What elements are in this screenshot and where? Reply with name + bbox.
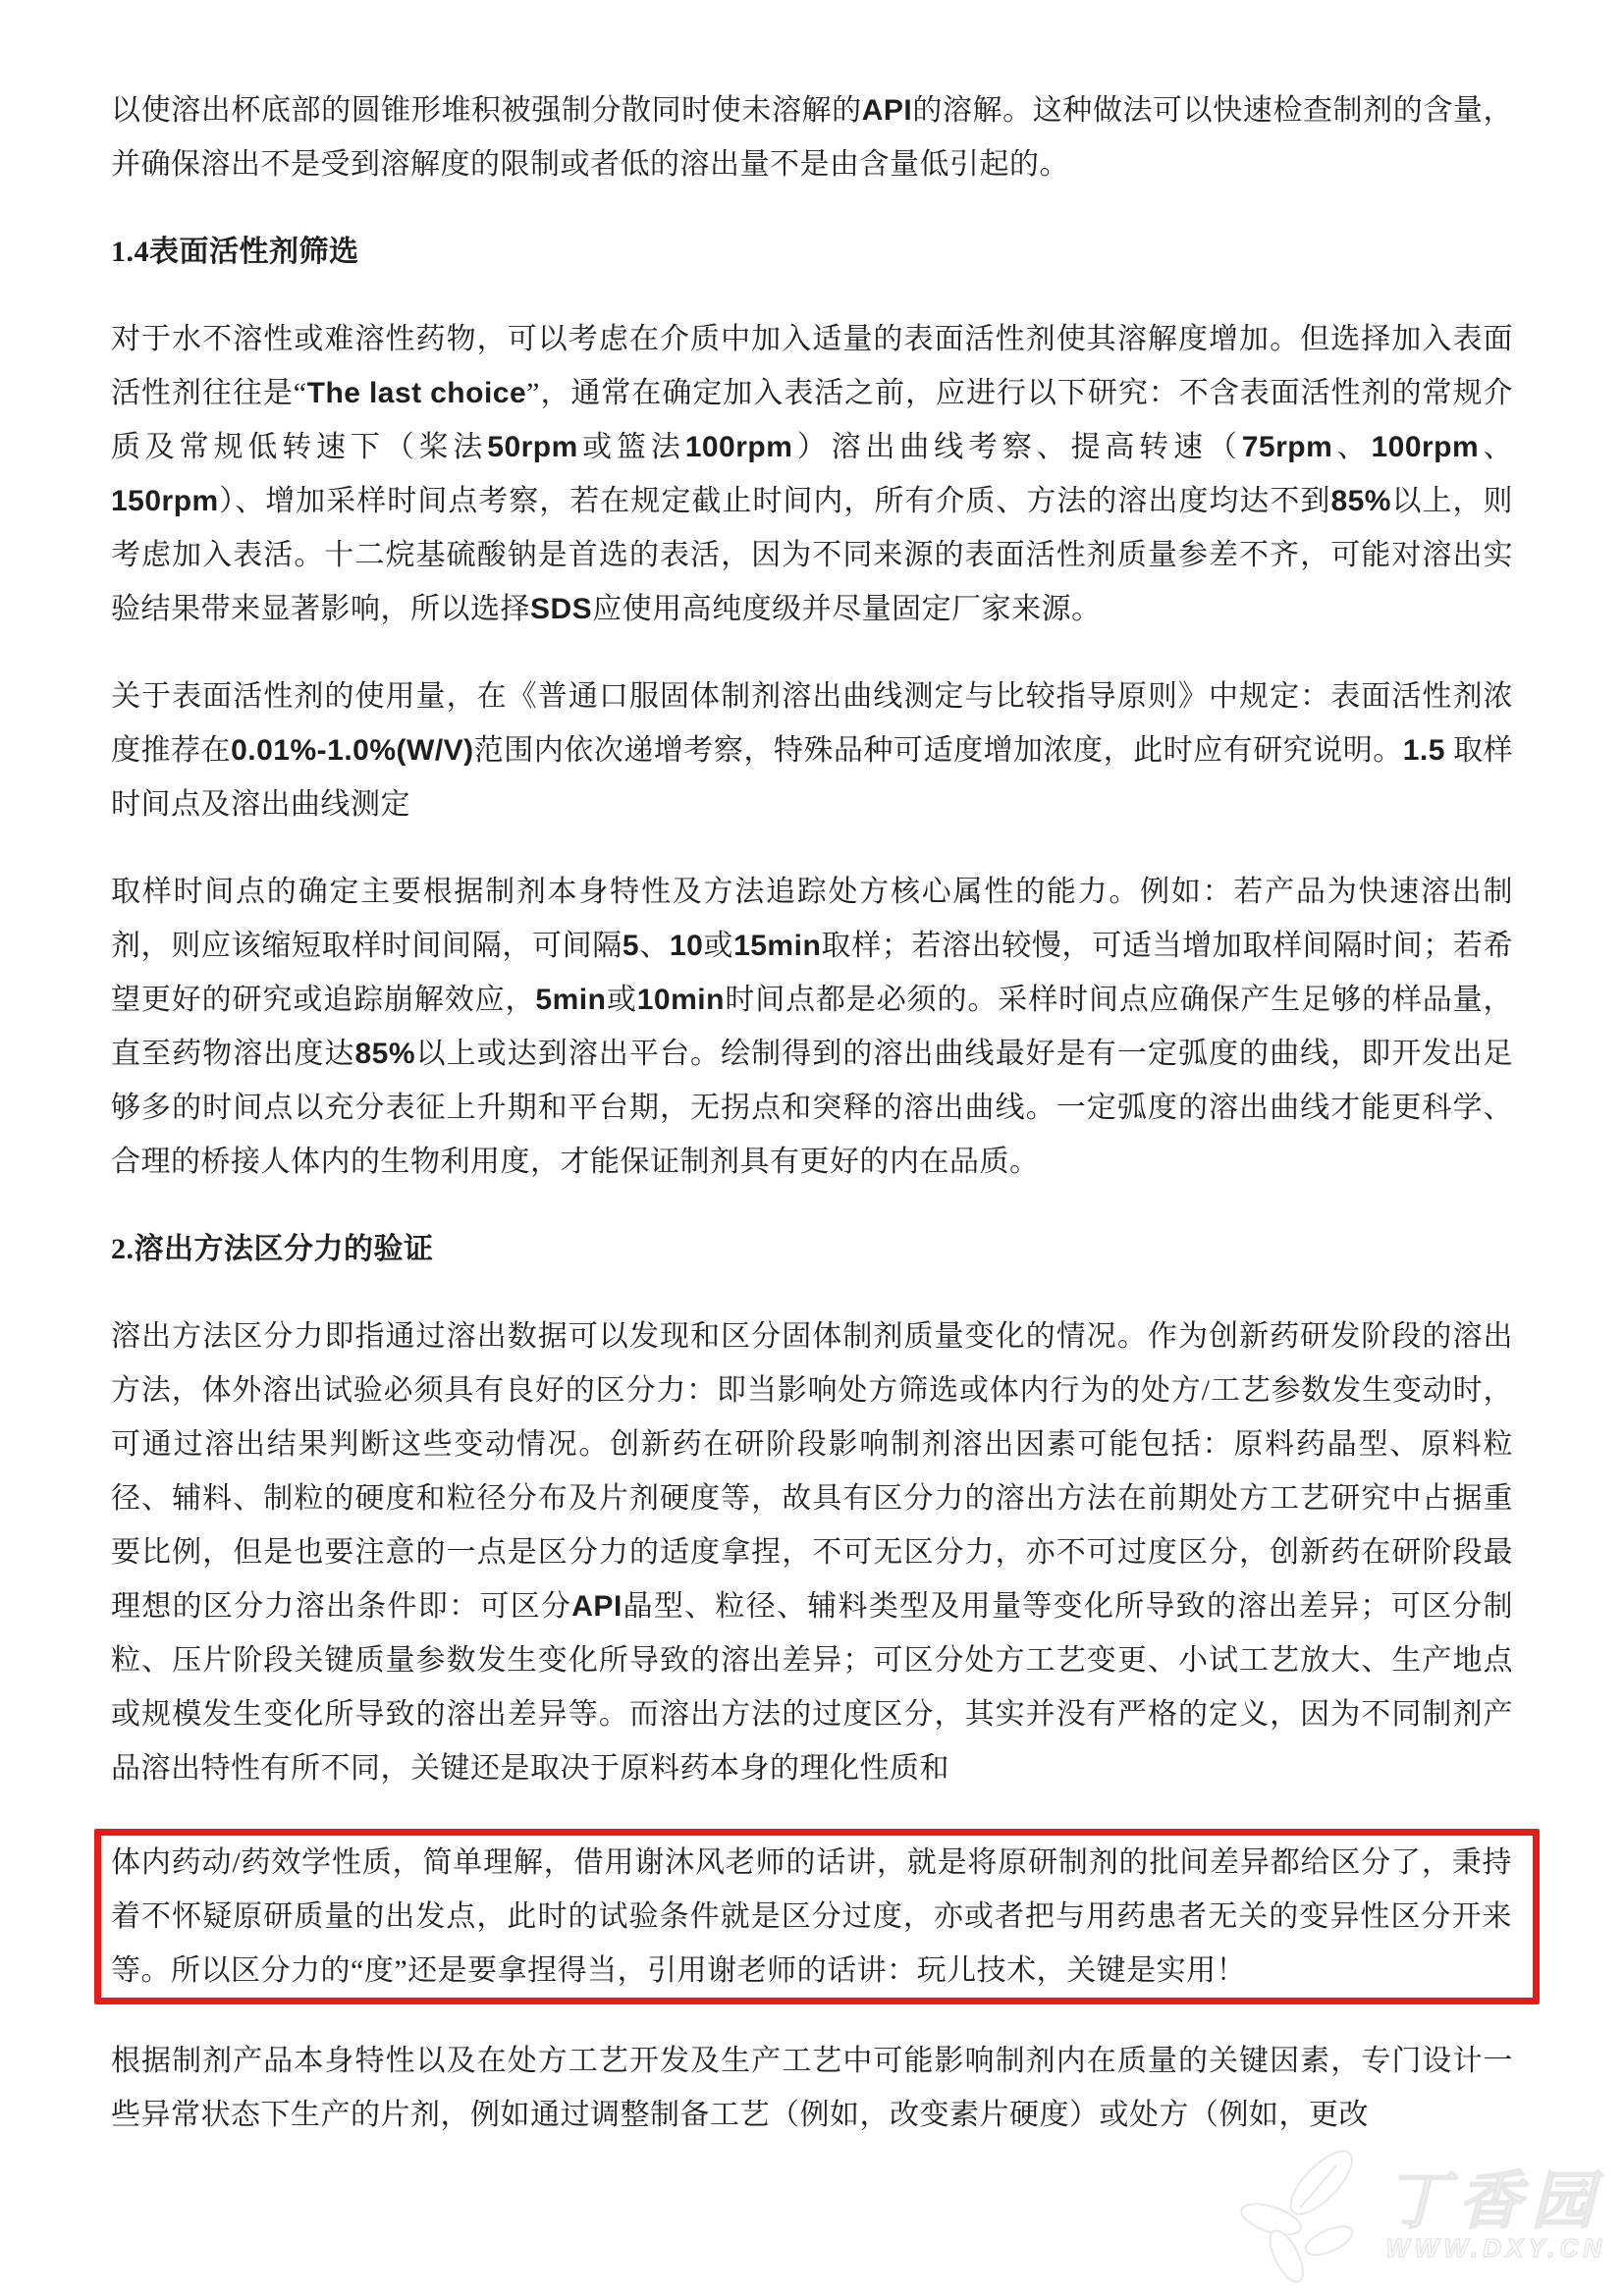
heading-2-discriminatory-power: 2.溶出方法区分力的验证 — [111, 1222, 1513, 1276]
paragraph-discriminatory-power: 溶出方法区分力即指通过溶出数据可以发现和区分固体制剂质量变化的情况。作为创新药研… — [111, 1309, 1513, 1795]
paragraph-intro: 以使溶出杯底部的圆锥形堆积被强制分散同时使未溶解的API的溶解。这种做法可以快速… — [111, 83, 1513, 191]
paragraph-highlighted: 体内药动/药效学性质，简单理解，借用谢沐风老师的话讲，就是将原研制剂的批间差异都… — [111, 1836, 1512, 1998]
highlight-box: 体内药动/药效学性质，简单理解，借用谢沐风老师的话讲，就是将原研制剂的批间差异都… — [94, 1829, 1540, 2004]
document-content: 以使溶出杯底部的圆锥形堆积被强制分散同时使未溶解的API的溶解。这种做法可以快速… — [111, 83, 1513, 2175]
watermark: 丁香园 WWW.DXY.CN — [1236, 2147, 1606, 2284]
paragraph-surfactant-amount: 关于表面活性剂的使用量，在《普通口服固体制剂溶出曲线测定与比较指导原则》中规定：… — [111, 669, 1513, 831]
heading-1-4-surfactant-screening: 1.4表面活性剂筛选 — [111, 225, 1513, 279]
paragraph-abnormal-tablets: 根据制剂产品本身特性以及在处方工艺开发及生产工艺中可能影响制剂内在质量的关键因素… — [111, 2034, 1513, 2142]
dxy-flower-icon — [1236, 2147, 1372, 2284]
document-page: 以使溶出杯底部的圆锥形堆积被强制分散同时使未溶解的API的溶解。这种做法可以快速… — [0, 0, 1624, 2296]
paragraph-surfactant-screening: 对于水不溶性或难溶性药物，可以考虑在介质中加入适量的表面活性剂使其溶解度增加。但… — [111, 312, 1513, 636]
watermark-url: WWW.DXY.CN — [1385, 2233, 1606, 2263]
watermark-brand: 丁香园 — [1385, 2168, 1606, 2233]
watermark-text: 丁香园 WWW.DXY.CN — [1385, 2168, 1606, 2263]
paragraph-sampling-time-points: 取样时间点的确定主要根据制剂本身特性及方法追踪处方核心属性的能力。例如：若产品为… — [111, 865, 1513, 1189]
